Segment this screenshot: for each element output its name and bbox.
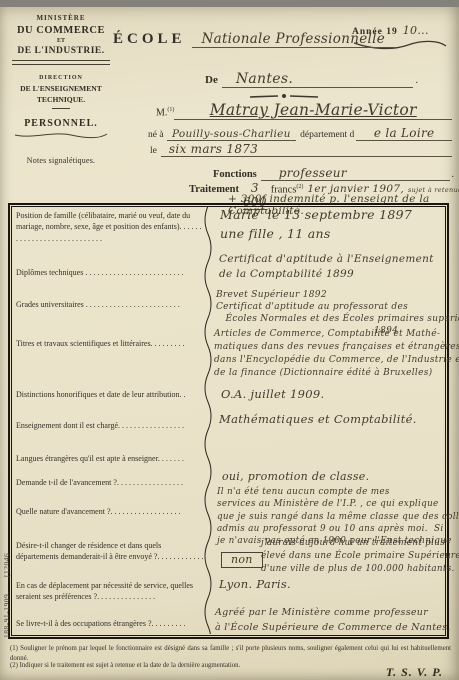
answer-residence-non: non xyxy=(221,552,263,568)
m-label: M.(1) xyxy=(156,107,174,118)
answer-avancement: oui, promotion de classe. xyxy=(222,470,369,483)
answer-diplomes: Certificat d'aptitude à l'Enseignement d… xyxy=(219,252,434,282)
rule xyxy=(52,108,70,109)
print-code-bracket: [12046 xyxy=(2,553,11,577)
ministry-line: MINISTÈRE xyxy=(10,14,112,22)
double-rule xyxy=(12,60,110,65)
footnote-2: (2) Indiquer si le traitement est sujet … xyxy=(10,661,451,671)
birthplace-value: Pouilly-sous-Charlieu xyxy=(167,128,297,141)
answer-occupations: Agréé par le Ministère comme professeur … xyxy=(215,606,451,635)
direction-line: DE L'ENSEIGNEMENT xyxy=(10,84,112,93)
question-enseignement: Enseignement dont il est chargé. . . . .… xyxy=(16,420,202,431)
birthplace-row: né à Pouilly-sous-Charlieu département d… xyxy=(148,126,452,141)
divider-ornament xyxy=(248,92,320,101)
question-occupations: Se livre-t-il à des occupations étrangèr… xyxy=(16,618,202,629)
footnote-ref-1: (1) xyxy=(167,107,174,113)
direction-line: TECHNIQUE. xyxy=(10,95,112,104)
question-nature-avancement: Quelle nature d'avancement ?. . . . . . … xyxy=(16,506,202,517)
question-avancement: Demande t-il de l'avancement ?. . . . . … xyxy=(16,477,202,488)
ministry-line: DE L'INDUSTRIE. xyxy=(10,46,112,56)
answer-preferences: Lyon. Paris. xyxy=(219,577,291,591)
annee-value: 10... xyxy=(403,24,429,37)
ministry-block: MINISTÈRE DU COMMERCE ET DE L'INDUSTRIE.… xyxy=(10,14,112,165)
ecole-row: ÉCOLE Nationale Professionnelle xyxy=(113,31,395,48)
print-code-number: 188-91-1909. xyxy=(2,591,11,638)
question-langues: Langues étrangères qu'il est apte à ense… xyxy=(16,453,202,464)
le-label: le xyxy=(150,146,157,156)
direction-line: DIRECTION xyxy=(10,75,112,81)
fonctions-label: Fonctions xyxy=(213,169,257,180)
question-preferences: En cas de déplacement par nécessité de s… xyxy=(16,580,204,603)
departement-label: département d xyxy=(300,130,354,140)
ne-label: né à xyxy=(148,130,164,140)
question-residence: Désire-t-il changer de résidence et dans… xyxy=(16,540,204,563)
answer-residence-note: j'aurais aujourd'hui un traitement plus … xyxy=(261,537,459,575)
name-row: M.(1) Matray Jean-Marie-Victor xyxy=(156,101,452,120)
period: . xyxy=(452,169,455,180)
scanned-form-page: MINISTÈRE DU COMMERCE ET DE L'INDUSTRIE.… xyxy=(0,0,459,680)
departement-value: e la Loire xyxy=(356,126,452,141)
ecole-label: ÉCOLE xyxy=(113,31,186,48)
city-value: Nantes. xyxy=(222,71,413,88)
column-divider xyxy=(201,206,214,634)
ministry-line: ET xyxy=(10,38,112,44)
personnel-label: PERSONNEL. xyxy=(10,118,112,129)
footnote-ref-2: (2) xyxy=(296,184,303,190)
birthdate-row: le six mars 1873 xyxy=(150,142,452,157)
question-titres: Titres et travaux scientifiques et litté… xyxy=(16,338,202,349)
question-diplomes: Diplômes techniques . . . . . . . . . . … xyxy=(16,267,202,278)
fonctions-value: professeur xyxy=(261,166,450,181)
answer-titres: Articles de Commerce, Comptabilité et Ma… xyxy=(214,328,459,380)
question-distinctions: Distinctions honorifiques et date de leu… xyxy=(16,389,202,400)
ecole-value: Nationale Professionnelle xyxy=(192,31,395,48)
name-value: Matray Jean-Marie-Victor xyxy=(174,101,452,120)
period: . xyxy=(416,75,419,86)
birthdate-value: six mars 1873 xyxy=(161,142,452,157)
question-position-famille: Position de famille (célibataire, marié … xyxy=(16,210,202,244)
de-row: De Nantes. . xyxy=(205,71,418,88)
indemnite-note: + 300f indemnité p. l'enseignt de la Com… xyxy=(228,193,459,217)
fonctions-row: Fonctions professeur . xyxy=(213,166,454,181)
answer-enseignement: Mathématiques et Comptabilité. xyxy=(219,412,417,426)
answer-distinctions: O.A. juillet 1909. xyxy=(221,387,324,401)
tsvp-label: T. S. V. P. xyxy=(386,665,443,680)
question-grades: Grades universitaires . . . . . . . . . … xyxy=(16,299,202,310)
notes-signaletiques-label: Notes signalétiques. xyxy=(10,156,112,165)
flourish-ornament xyxy=(13,131,109,140)
ministry-line: DU COMMERCE xyxy=(10,25,112,36)
print-reference-code: 188-91-1909. [12046 xyxy=(0,478,13,638)
scan-edge xyxy=(0,0,459,7)
de-label: De xyxy=(205,74,218,86)
